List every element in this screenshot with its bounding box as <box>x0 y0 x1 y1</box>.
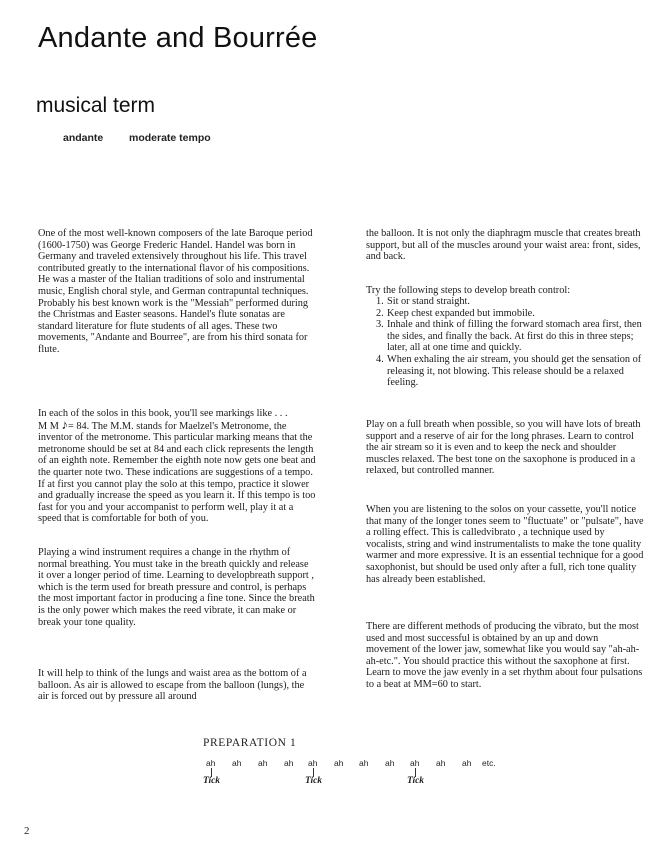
syllable: ah <box>410 758 419 768</box>
metronome-intro: In each of the solos in this book, you'l… <box>38 408 288 419</box>
paragraph-balloon: It will help to think of the lungs and w… <box>38 668 316 703</box>
paragraph-vibrato-methods: There are different methods of producing… <box>366 621 644 691</box>
metronome-mm: M M <box>38 421 59 432</box>
tick-label: Tick <box>407 776 424 786</box>
term-name: andante <box>63 132 103 144</box>
syllable: ah <box>462 758 471 768</box>
paragraph-vibrato: When you are listening to the solos on y… <box>366 504 644 585</box>
preparation-exercise: PREPARATION 1 ah ah ah ah ah ah ah ah ah… <box>203 737 296 749</box>
metronome-text: = 84. The M.M. stands for Maelzel's Metr… <box>38 421 316 525</box>
breath-control-steps: Try the following steps to develop breat… <box>366 285 644 297</box>
syllable: ah <box>232 758 241 768</box>
page-title: Andante and Bourrée <box>38 22 318 55</box>
step-item: 4.When exhaling the air stream, you shou… <box>366 354 644 389</box>
tick-label: Tick <box>203 776 220 786</box>
syllable: ah <box>284 758 293 768</box>
paragraph-breathing: Playing a wind instrument requires a cha… <box>38 547 316 628</box>
syllable: ah <box>334 758 343 768</box>
steps-intro: Try the following steps to develop breat… <box>366 285 570 296</box>
page-number: 2 <box>24 825 30 837</box>
syllable: ah <box>359 758 368 768</box>
preparation-title: PREPARATION 1 <box>203 737 296 749</box>
syllable: ah <box>436 758 445 768</box>
syllable: ah <box>308 758 317 768</box>
steps-list: 1.Sit or stand straight. 2.Keep chest ex… <box>366 296 644 389</box>
paragraph-balloon-continued: the balloon. It is not only the diaphrag… <box>366 228 644 263</box>
syllable: ah <box>206 758 215 768</box>
step-item: 3.Inhale and think of filling the forwar… <box>366 319 644 354</box>
paragraph-full-breath: Play on a full breath when possible, so … <box>366 419 644 477</box>
step-item: 2.Keep chest expanded but immobile. <box>366 308 644 320</box>
syllable: ah <box>258 758 267 768</box>
tick-label: Tick <box>305 776 322 786</box>
musical-term-heading: musical term <box>36 94 155 118</box>
paragraph-handel-bio: One of the most well-known composers of … <box>38 228 316 356</box>
term-definition: moderate tempo <box>129 132 211 144</box>
step-item: 1.Sit or stand straight. <box>366 296 644 308</box>
syllable-row: ah ah ah ah ah ah ah ah ah ah ah etc. Ti… <box>203 758 523 788</box>
paragraph-metronome: In each of the solos in this book, you'l… <box>38 408 316 525</box>
syllable-etc: etc. <box>482 758 496 768</box>
syllable: ah <box>385 758 394 768</box>
